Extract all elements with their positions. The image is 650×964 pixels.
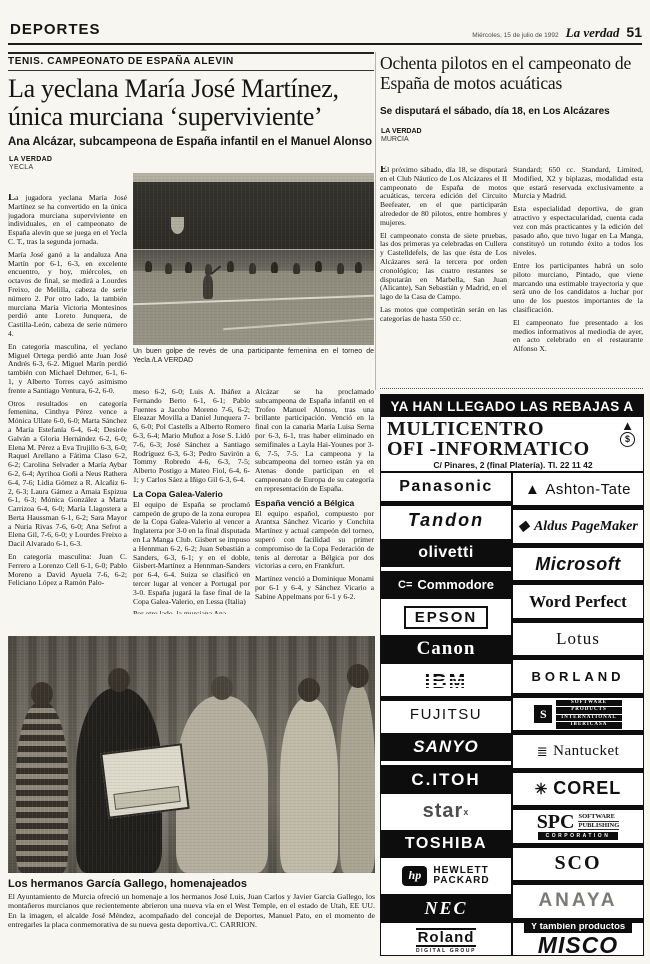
brand-lotus: Lotus — [513, 623, 643, 655]
brand-microsoft: Microsoft — [513, 548, 643, 580]
paragraph: En categoría masculina, el yeclano Migue… — [8, 343, 127, 396]
brand-star: starx — [381, 798, 511, 826]
brand-label: Commodore — [417, 577, 494, 592]
court-fence — [133, 249, 374, 250]
brand-label: MISCO — [538, 933, 618, 955]
brand-spi: SSOFTWAREPRODUCTSINTERNATIONALIBERICASA — [513, 698, 643, 730]
section-title: DEPORTES — [10, 20, 101, 40]
brand-borland: BORLAND — [513, 660, 643, 692]
bottom-story: Los hermanos García Gallego, homenajeado… — [8, 636, 375, 929]
article-column-3: Alcázar se ha proclamado subcampeona de … — [255, 388, 374, 614]
brand-label: PUBLISHING — [578, 822, 619, 831]
brand-grid: PanasonicTandonolivettiC=CommodoreEPSONC… — [381, 473, 643, 955]
brand-label: RolandDIGITAL GROUP — [416, 928, 476, 954]
byline-place: YECLA — [9, 164, 52, 172]
brand-nantucket: ≣Nantucket — [513, 735, 643, 767]
arrow-up-icon: ▲ — [621, 419, 634, 432]
moto-headline: Ochenta pilotos en el campeonato de Espa… — [380, 54, 643, 93]
paragraph: María José ganó a la andaluza Ana Martín… — [8, 251, 127, 339]
newspaper-page: DEPORTES Miércoles, 15 de julio de 1992 … — [0, 0, 650, 964]
brand-spc: SPCSOFTWAREPUBLISHINGCORPORATION — [513, 810, 643, 842]
brand-label: SOFTWARE — [578, 813, 619, 822]
brand-label: EPSON — [404, 606, 489, 629]
brand-anaya: ANAYA — [513, 885, 643, 917]
kicker-rule — [8, 70, 374, 71]
kicker-rule — [8, 52, 374, 54]
brand-label: SOFTWARE — [556, 700, 621, 707]
paragraph: Esta especialidad deportiva, de gran atr… — [513, 205, 643, 258]
header-rule — [8, 43, 642, 45]
brand-label: Canon — [417, 638, 476, 660]
court-line — [133, 295, 374, 305]
column-divider — [375, 52, 376, 390]
brand-part: SOFTWAREPRODUCTSINTERNATIONALIBERICASA — [556, 699, 621, 730]
brand-label: Roland — [416, 928, 476, 947]
paragraph: Entre los participantes habrá un solo pi… — [513, 262, 643, 315]
column-subhead: España venció a Bélgica — [255, 498, 374, 508]
hp-icon: hp — [402, 866, 427, 886]
stripes-icon: ≣ — [537, 744, 548, 760]
brand-label: IBM — [425, 672, 468, 692]
brand-ibm: IBM — [381, 668, 511, 696]
brand-label: ANAYA — [538, 890, 617, 912]
brand-column-left: PanasonicTandonolivettiC=CommodoreEPSONC… — [381, 473, 513, 955]
paragraph: Martínez venció a Dominique Monami por 6… — [255, 575, 374, 601]
aldus-icon: ◆ — [518, 518, 529, 535]
club-crest — [171, 217, 184, 234]
spectators — [145, 261, 152, 272]
brand-epson: EPSON — [381, 603, 511, 631]
brand-label: Word Perfect — [529, 592, 627, 612]
brand-part: SOFTWAREPUBLISHING — [578, 813, 619, 830]
byline-source: LA VERDAD — [9, 156, 52, 164]
byline-source: LA VERDAD — [381, 128, 422, 136]
article-column-1: La jugadora yeclana María José Martínez … — [8, 194, 127, 612]
brand-label: BORLAND — [532, 669, 625, 684]
brand-label: Panasonic — [399, 478, 493, 496]
paragraph: La jugadora yeclana María José Martínez … — [8, 194, 127, 247]
commodore-icon: C= — [398, 579, 412, 591]
photo-caption: Un buen golpe de revés de una participan… — [133, 348, 374, 365]
brand-misco: Y tambien productosMISCO — [513, 923, 643, 955]
paragraph: En categoría masculina: Juan C. Ferrero … — [8, 553, 127, 588]
dotted-separator — [380, 388, 643, 389]
brand-label: Tandon — [408, 510, 484, 531]
paragraph: Standard; 650 cc. Standard, Limited, Mod… — [513, 166, 643, 201]
paragraph: El campeonato fue presentado a los medio… — [513, 319, 643, 354]
brand-label: IBERICASA — [556, 722, 621, 729]
brand-commodore: C=Commodore — [381, 571, 511, 599]
paragraph: meso 6-2, 6-0; Luis A. Ibáñez a Fernando… — [133, 388, 250, 485]
brand-label: INTERNATIONAL — [556, 715, 621, 722]
brand-label: Lotus — [556, 629, 600, 649]
person-silhouette — [16, 702, 68, 873]
issue-date: Miércoles, 15 de julio de 1992 — [472, 32, 558, 39]
brand-label: Aldus PageMaker — [534, 519, 638, 535]
brand-label: SPC — [537, 813, 575, 831]
byline-place: MURCIA — [381, 136, 422, 144]
article-byline: LA VERDAD YECLA — [9, 156, 52, 172]
plaque-case — [100, 743, 189, 819]
mountain-icon: ▲ — [525, 481, 540, 498]
ad-logo-icons: ▲ $ — [620, 419, 635, 447]
article-subhead: Ana Alcázar, subcampeona de España infan… — [8, 136, 372, 148]
tennis-article: TENIS. CAMPEONATO DE ESPAÑA ALEVIN La ye… — [8, 50, 374, 634]
ad-title-line1: MULTICENTRO — [387, 419, 639, 439]
right-column: Ochenta pilotos en el campeonato de Espa… — [380, 50, 643, 956]
computer-store-ad: YA HAN LLEGADO LAS REBAJAS A MULTICENTRO… — [380, 394, 644, 956]
brand-canon: Canon — [381, 635, 511, 663]
brand-olivetti: olivetti — [381, 539, 511, 567]
brand-part: HEWLETTPACKARD — [433, 866, 489, 886]
moto-subhead: Se disputará el sábado, día 18, en Los A… — [380, 106, 610, 117]
brand-aldus-pagemaker: ◆Aldus PageMaker — [513, 510, 643, 542]
brand-sco: SCO — [513, 848, 643, 880]
bottom-headline: Los hermanos García Gallego, homenajeado… — [8, 878, 375, 890]
brand-part: SPCSOFTWAREPUBLISHING — [537, 813, 620, 831]
brand-label: PRODUCTS — [556, 707, 621, 714]
dollar-icon: $ — [620, 432, 635, 447]
person-silhouette — [176, 696, 268, 873]
moto-column-b: Standard; 650 cc. Standard, Limited, Mod… — [513, 166, 643, 384]
brand-label: PACKARD — [433, 876, 489, 886]
brand-c-itoh: C.ITOH — [381, 765, 511, 793]
brand-hp: hpHEWLETTPACKARD — [381, 862, 511, 890]
brand-label: olivetti — [418, 544, 474, 562]
moto-column-a: El próximo sábado, día 18, se disputará … — [380, 166, 507, 384]
spi-icon: S — [534, 705, 552, 723]
brand-ashton-tate: ▲Ashton-Tate — [513, 473, 643, 505]
person-silhouette — [340, 684, 375, 873]
brand-superscript: x — [463, 807, 469, 817]
brand-column-right: ▲Ashton-Tate◆Aldus PageMakerMicrosoftWor… — [513, 473, 643, 955]
brand-label: CORPORATION — [538, 832, 619, 840]
ad-address: C/ Pinares, 2 (final Platería). Tl. 22 1… — [387, 460, 639, 470]
brand-label: COREL — [553, 778, 621, 799]
gear-icon: ✳ — [535, 780, 549, 798]
paragraph: El campeonato consta de siete pruebas, l… — [380, 232, 507, 302]
page-number: 51 — [626, 24, 642, 40]
ad-banner: YA HAN LLEGADO LAS REBAJAS A — [381, 395, 643, 417]
article-kicker: TENIS. CAMPEONATO DE ESPAÑA ALEVIN — [8, 56, 234, 67]
paragraph: El próximo sábado, día 18, se disputará … — [380, 166, 507, 228]
brand-word-perfect: Word Perfect — [513, 585, 643, 617]
brand-fujitsu: FUJITSU — [381, 701, 511, 729]
paragraph: El equipo español, compuesto por Arantxa… — [255, 510, 374, 572]
brand-label: SCO — [554, 852, 601, 875]
brand-sublabel: DIGITAL GROUP — [416, 948, 476, 954]
brand-tandon: Tandon — [381, 506, 511, 534]
brand-label: FUJITSU — [410, 706, 482, 723]
article-headline: La yeclana María José Martínez, única mu… — [8, 75, 374, 131]
moto-byline: LA VERDAD MURCIA — [381, 128, 422, 144]
person-silhouette — [280, 698, 338, 873]
masthead: La verdad — [566, 25, 620, 41]
brand-corel: ✳COREL — [513, 773, 643, 805]
brand-label: TOSHIBA — [405, 835, 487, 853]
column-subhead: La Copa Galea-Valerio — [133, 489, 250, 499]
brand-roland: RolandDIGITAL GROUP — [381, 927, 511, 955]
page-header: DEPORTES Miércoles, 15 de julio de 1992 … — [8, 20, 642, 42]
brand-label: Microsoft — [535, 554, 621, 575]
brand-label: star — [423, 800, 464, 823]
brand-nec: NEC — [381, 894, 511, 922]
brand-toshiba: TOSHIBA — [381, 830, 511, 858]
ad-title-line2: OFI -INFORMATICO — [387, 439, 639, 459]
brand-label: Ashton-Tate — [545, 481, 631, 498]
tennis-photo — [133, 173, 374, 345]
paragraph: Por otro lado, la murciana Ana — [133, 610, 250, 614]
paragraph: Otros resultados en categoría femenina, … — [8, 400, 127, 550]
ad-header: MULTICENTRO OFI -INFORMATICO C/ Pinares,… — [381, 417, 643, 473]
bottom-caption: El Ayuntamiento de Murcia ofreció un hom… — [8, 892, 375, 929]
brand-label: SANYO — [413, 737, 478, 757]
brand-label: NEC — [424, 898, 467, 919]
brand-sanyo: SANYO — [381, 733, 511, 761]
homage-photo — [8, 636, 375, 873]
tennis-player-silhouette — [203, 275, 213, 299]
brand-label: C.ITOH — [411, 770, 480, 790]
paragraph: Alcázar se ha proclamado subcampeona de … — [255, 388, 374, 494]
brand-label: Nantucket — [553, 743, 619, 760]
paragraph: Las motos que competirán serán en las ca… — [380, 306, 507, 324]
paragraph: El equipo de España se proclamó campeón … — [133, 501, 250, 607]
brand-panasonic: Panasonic — [381, 473, 511, 501]
article-column-2: meso 6-2, 6-0; Luis A. Ibáñez a Fernando… — [133, 388, 250, 614]
court-line — [223, 318, 374, 330]
